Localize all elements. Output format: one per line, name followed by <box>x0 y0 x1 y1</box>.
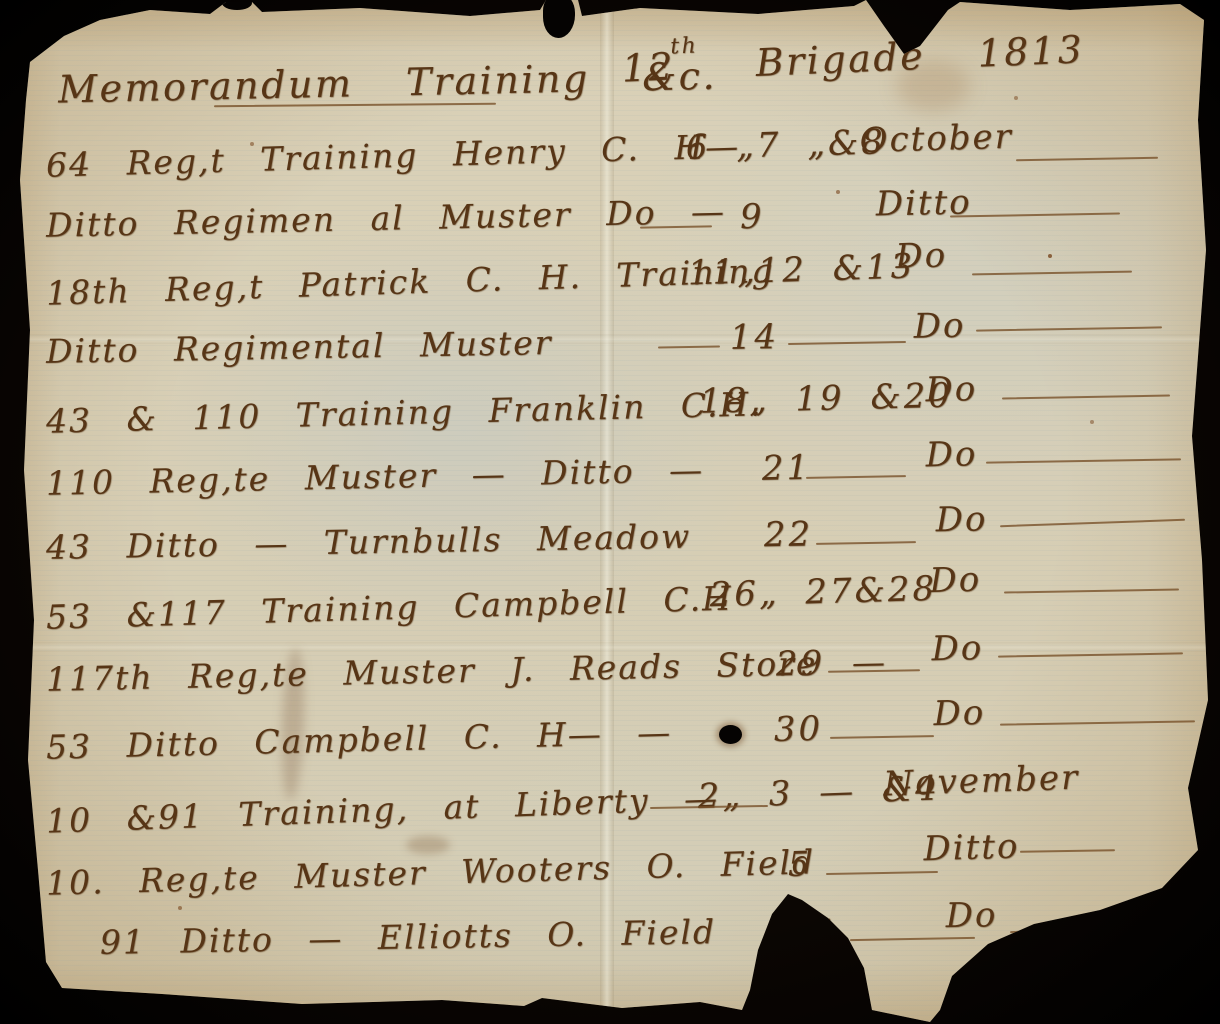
entry-month: Do <box>895 235 948 277</box>
entry-dates: 21 <box>761 448 811 489</box>
entry-month: November <box>883 758 1080 805</box>
entry-dates: 6 „7 „&8 <box>685 122 886 168</box>
entry-month: Do <box>925 369 978 410</box>
entry-dates: 11„12 &13 <box>687 246 916 293</box>
entry-unit-activity: 110 Reg,te Muster — Ditto — <box>46 450 705 503</box>
entry-dates: 26„ 27&28 <box>709 569 938 615</box>
entry-unit-activity: 43 & 110 Training Franklin C.H. <box>46 384 764 441</box>
entry-dates: 14 <box>730 317 780 358</box>
entry-month: Do <box>929 560 982 601</box>
entry-dates: 22 <box>764 514 814 555</box>
entry-unit-activity: Ditto Regimen al Muster Do — <box>46 192 727 245</box>
entry-month: Do <box>935 499 987 540</box>
entry-unit-activity: 10 &91 Training, at Liberty — <box>45 778 719 840</box>
brigade-heading: 12th Brigade 1813 <box>621 27 1085 90</box>
entry-row: 43 Ditto — Turnbulls Meadow 22 Do <box>0 507 1220 578</box>
entry-month: Ditto <box>923 827 1020 870</box>
entry-month: Do <box>913 306 965 347</box>
entry-row: Ditto Regimental Muster 14 Do <box>0 311 1220 382</box>
entry-month: Do <box>925 434 978 475</box>
paper-hole <box>719 725 742 744</box>
entry-dates: 9 <box>740 197 765 238</box>
entry-unit-activity: Ditto Regimental Muster <box>46 323 553 371</box>
entry-month: Ditto <box>875 182 972 224</box>
paper-scan: Memorandum Training &c. 12th Brigade 181… <box>0 0 1220 1024</box>
paper-hole <box>543 0 575 38</box>
entry-month: Do <box>931 628 984 669</box>
entry-unit-activity: 91 Ditto — Elliotts O. Field <box>100 912 717 962</box>
brigade-number: 12 <box>621 44 676 90</box>
entry-unit-activity: 64 Reg,t Training Henry C. H— <box>46 126 741 184</box>
entry-dates: 18„ 19 &20 <box>699 376 953 422</box>
entry-month: Do <box>933 693 986 734</box>
entry-dates: 29 <box>775 643 825 684</box>
brigade-ordinal: th <box>670 34 699 60</box>
entry-unit-activity: 53 &117 Training Campbell C.H <box>46 579 734 637</box>
entry-unit-activity: 43 Ditto — Turnbulls Meadow <box>46 517 692 567</box>
entry-month: Do <box>945 895 997 936</box>
entry-month: October <box>859 117 1013 161</box>
entry-unit-activity: 18th Reg,t Patrick C. H. Training <box>45 251 775 313</box>
entry-unit-activity: 53 Ditto Campbell C. H— — <box>46 712 673 766</box>
entry-dates: 30 <box>773 709 823 750</box>
entry-dates: 5 <box>787 844 813 885</box>
